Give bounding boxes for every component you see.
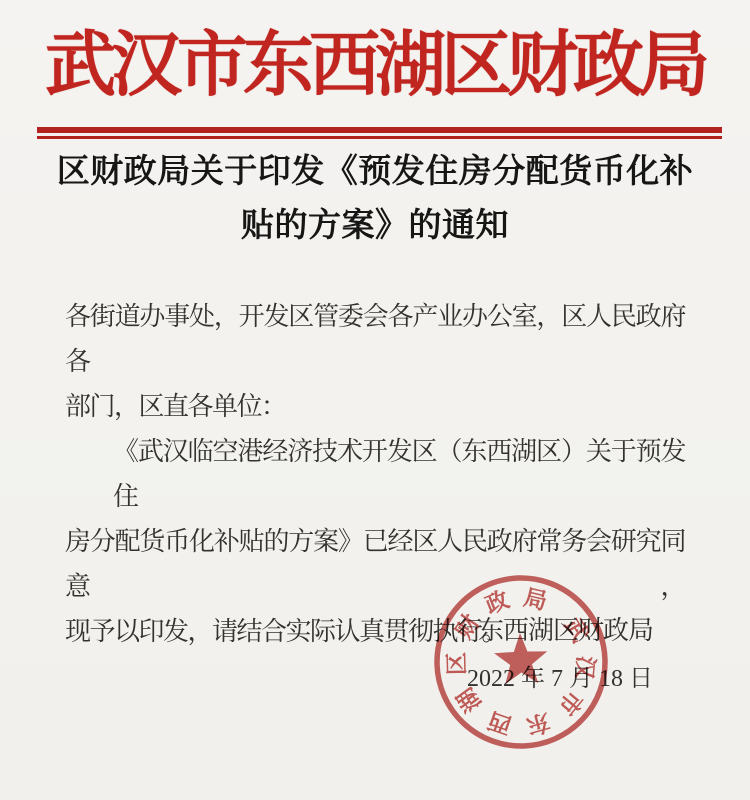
seal-ring-char: 武: [560, 614, 593, 646]
body-line: 《武汉临空港经济技术开发区（东西湖区）关于预发住: [65, 429, 685, 519]
body-line: 各街道办事处，开发区管委会各产业办公室，区人民政府各: [65, 294, 685, 384]
seal-ring-char: 东: [524, 708, 553, 738]
seal-ring-char: 市: [553, 686, 587, 720]
seal-ring-char: 财: [450, 610, 484, 644]
header-divider: [37, 127, 722, 139]
official-seal-icon: 武汉市东西湖区财政局: [423, 564, 620, 761]
seal-star-icon: [493, 632, 548, 685]
seal-ring-char: 政: [482, 587, 513, 619]
seal-ring-char: 局: [521, 585, 549, 615]
document-title-line2: 贴的方案》的通知: [0, 199, 750, 253]
divider-thin-line: [37, 136, 722, 139]
document-title-line1: 区财政局关于印发《预发住房分配货币化补: [0, 145, 750, 199]
seal-ring-char: 汉: [571, 655, 598, 681]
document-page: 武汉市东西湖区财政局 区财政局关于印发《预发住房分配货币化补 贴的方案》的通知 …: [0, 0, 750, 800]
body-line: 部门，区直各单位：: [65, 384, 685, 429]
seal-ring-char: 区: [444, 652, 470, 676]
document-title: 区财政局关于印发《预发住房分配货币化补 贴的方案》的通知: [0, 145, 750, 253]
agency-header: 武汉市东西湖区财政局: [0, 0, 750, 108]
seal-ring-char: 西: [485, 707, 515, 738]
seal-ring-char: 湖: [452, 683, 486, 716]
